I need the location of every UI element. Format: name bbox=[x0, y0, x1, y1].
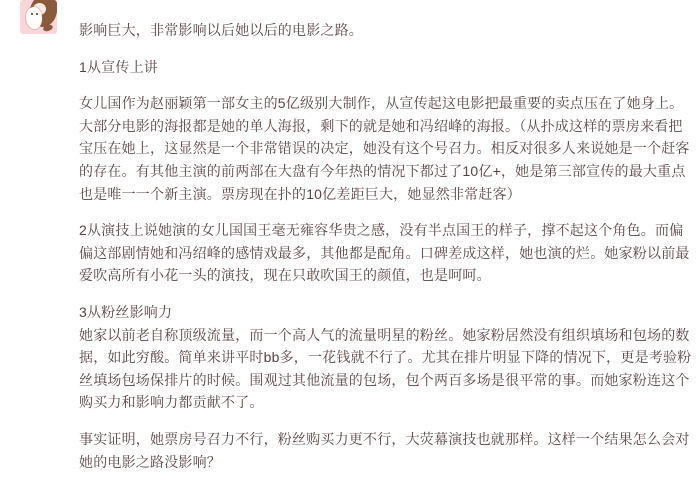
avatar-cartoon-cat bbox=[26, 7, 42, 29]
user-avatar[interactable] bbox=[20, 0, 57, 34]
post-text-line: 她家以前老自称顶级流量，而一个高人气的流量明星的粉丝。她家粉居然没有组织填场和包… bbox=[79, 324, 695, 347]
post-text-line: 宝压在她上，这显然是一个非常错误的决定，她没有这个号召力。相反对很多人来说她是一… bbox=[79, 137, 695, 160]
post-content: 影响巨大，非常影响以后她以后的电影之路。 1从宣传上讲 女儿国作为赵丽颖第一部女… bbox=[79, 0, 695, 487]
post-text-line: 爱吹高所有小花一头的演技，现在只敢吹国王的颜值，也是呵呵。 bbox=[79, 264, 695, 287]
avatar-cartoon-eye bbox=[31, 13, 33, 15]
post-text-line: 大部分电影的海报都是她的单人海报，剩下的就是她和冯绍峰的海报。（从扑成这样的票房… bbox=[79, 115, 695, 138]
post-text-line: 她的电影之路没影响？ bbox=[79, 451, 695, 474]
paragraph-conclusion: 事实证明，她票房号召力不行，粉丝购买力更不行，大荧幕演技也就那样。这样一个结果怎… bbox=[79, 428, 695, 473]
post-text-line: 购买力和影响力都贡献不了。 bbox=[79, 391, 695, 414]
paragraph-heading-promotion: 1从宣传上讲 bbox=[79, 56, 695, 79]
post-text-line: 女儿国作为赵丽颖第一部女主的5亿级别大制作，从宣传起这电影把最重要的卖点压在了她… bbox=[79, 92, 695, 115]
paragraph-intro: 影响巨大，非常影响以后她以后的电影之路。 bbox=[79, 19, 695, 42]
post-text-line: 的存在。有其他主演的前两部在大盘有今年热的情况下都过了10亿+，她是第三部宣传的… bbox=[79, 160, 695, 183]
post-text-line: 事实证明，她票房号召力不行，粉丝购买力更不行，大荧幕演技也就那样。这样一个结果怎… bbox=[79, 428, 695, 451]
post-text-line: 影响巨大，非常影响以后她以后的电影之路。 bbox=[79, 19, 695, 42]
paragraph-promotion: 女儿国作为赵丽颖第一部女主的5亿级别大制作，从宣传起这电影把最重要的卖点压在了她… bbox=[79, 92, 695, 205]
post-text-line: 3从粉丝影响力 bbox=[79, 301, 695, 324]
post-text-line: 也是唯一一个新主演。票房现在扑的10亿差距巨大，她显然非常赶客） bbox=[79, 183, 695, 206]
avatar-cartoon-eye bbox=[36, 13, 38, 15]
post-text-line: 丝填场包场保排片的时候。围观过其他流量的包场，包个两百多场是很平常的事。而她家粉… bbox=[79, 369, 695, 392]
post-text-line: 偏这部剧情她和冯绍峰的感情戏最多，其他都是配角。口碑差成这样，她也演的烂。她家粉… bbox=[79, 242, 695, 265]
paragraph-acting: 2从演技上说她演的女儿国国王毫无雍容华贵之感，没有半点国王的样子，撑不起这个角色… bbox=[79, 219, 695, 287]
post-text-line: 1从宣传上讲 bbox=[79, 56, 695, 79]
paragraph-fans: 3从粉丝影响力 她家以前老自称顶级流量，而一个高人气的流量明星的粉丝。她家粉居然… bbox=[79, 301, 695, 414]
post-text-line: 据，如此穷酸。简单来讲平时bb多，一花钱就不行了。尤其在排片明显下降的情况下，更… bbox=[79, 346, 695, 369]
forum-post-page: 影响巨大，非常影响以后她以后的电影之路。 1从宣传上讲 女儿国作为赵丽颖第一部女… bbox=[0, 0, 700, 490]
post-text-line: 2从演技上说她演的女儿国国王毫无雍容华贵之感，没有半点国王的样子，撑不起这个角色… bbox=[79, 219, 695, 242]
